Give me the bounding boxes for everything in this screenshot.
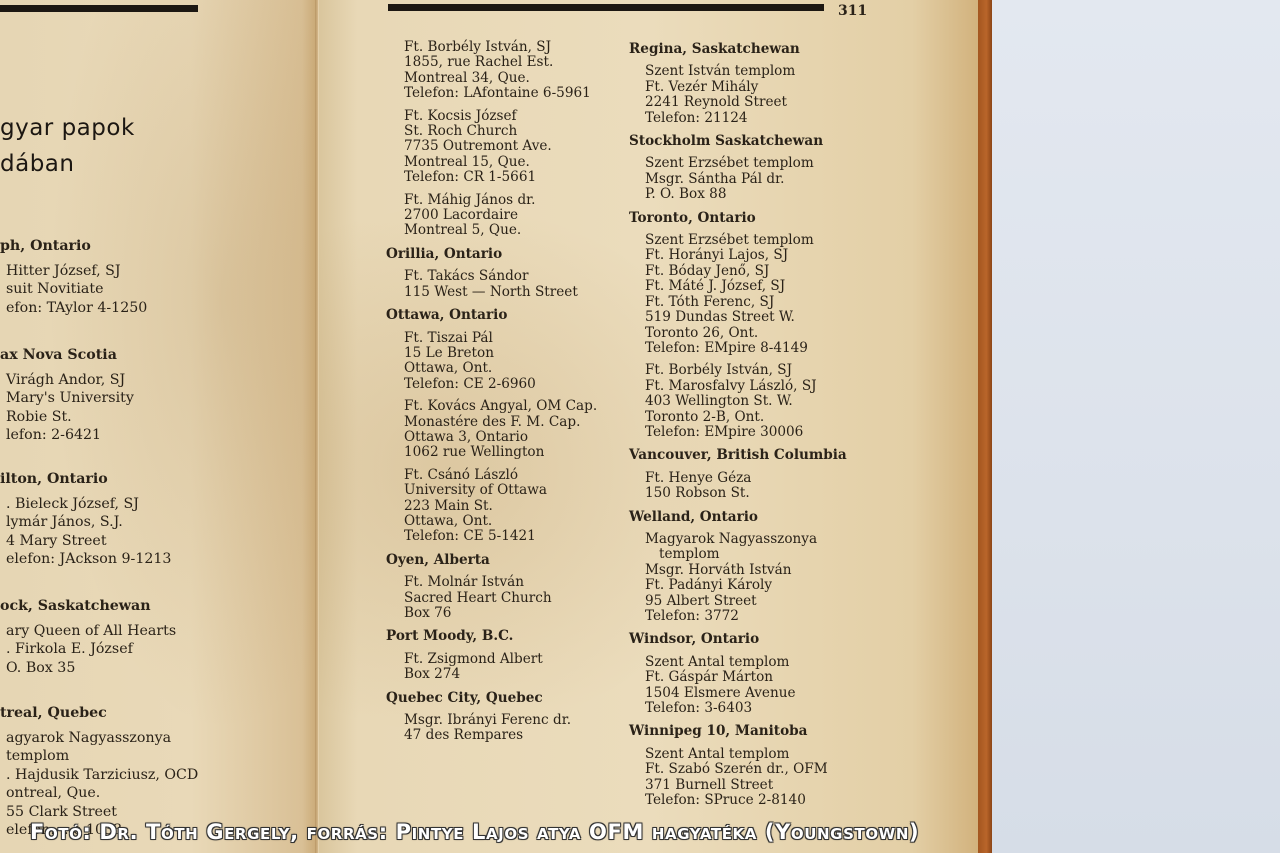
entry-line: Telefon: CE 5-1421: [404, 529, 626, 544]
entry-line: Ft. Kocsis József: [404, 109, 626, 124]
directory-entry: Ft. Zsigmond AlbertBox 274: [386, 652, 626, 683]
entry-line: 115 West — North Street: [404, 285, 626, 300]
directory-entry: Ft. Kocsis JózsefSt. Roch Church7735 Out…: [386, 109, 626, 186]
photo-credit-caption: Fotó: Dr. Tóth Gergely, forrás: Pintye L…: [30, 820, 919, 844]
listing-line: lymár János, S.J.: [0, 513, 171, 532]
entry-line: Szent Erzsébet templom: [645, 156, 869, 171]
listing-line: 4 Mary Street: [0, 532, 171, 551]
page-number: 311: [838, 3, 867, 19]
directory-entry: Ft. Takács Sándor115 West — North Street: [386, 269, 626, 300]
city-heading: Windsor, Ontario: [629, 632, 869, 647]
listing-line: ary Queen of All Hearts: [0, 622, 176, 641]
city-heading: Quebec City, Quebec: [386, 691, 626, 706]
listing-line: Virágh Andor, SJ: [0, 371, 134, 390]
entry-line: Ottawa, Ont.: [404, 361, 626, 376]
entry-line: Ft. Horányi Lajos, SJ: [645, 248, 869, 263]
background-surface: [992, 0, 1280, 853]
entry-line: Ft. Vezér Mihály: [645, 80, 869, 95]
entry-line: Ft. Tóth Ferenc, SJ: [645, 295, 869, 310]
entry-line: 15 Le Breton: [404, 346, 626, 361]
entry-line: Ft. Máhig János dr.: [404, 193, 626, 208]
entry-line: Ft. Bóday Jenő, SJ: [645, 264, 869, 279]
entry-line: Msgr. Horváth István: [645, 563, 869, 578]
entry-line: Ottawa, Ont.: [404, 514, 626, 529]
entry-line: Szent István templom: [645, 64, 869, 79]
directory-entry: Ft. Henye Géza150 Robson St.: [629, 471, 869, 502]
listing-line: . Hajdusik Tarziciusz, OCD: [0, 766, 198, 785]
left-listing-block: ax Nova ScotiaVirágh Andor, SJMary's Uni…: [0, 346, 134, 445]
listing-line: Hitter József, SJ: [0, 262, 147, 281]
entry-line: 2241 Reynold Street: [645, 95, 869, 110]
entry-line: St. Roch Church: [404, 124, 626, 139]
listing-line: . Firkola E. József: [0, 640, 176, 659]
left-listing-block: ock, Saskatchewanary Queen of All Hearts…: [0, 597, 176, 677]
listing-line: 55 Clark Street: [0, 803, 198, 822]
header-rule-right: [388, 4, 824, 11]
listing-line: O. Box 35: [0, 659, 176, 678]
entry-line: Montreal 34, Que.: [404, 71, 626, 86]
directory-entry: Msgr. Ibrányi Ferenc dr.47 des Rempares: [386, 713, 626, 744]
entry-line: templom: [645, 547, 869, 562]
city-heading: Orillia, Ontario: [386, 247, 626, 262]
entry-line: P. O. Box 88: [645, 187, 869, 202]
entry-line: 403 Wellington St. W.: [645, 394, 869, 409]
entry-line: Ft. Henye Géza: [645, 471, 869, 486]
entry-line: Ft. Marosfalvy László, SJ: [645, 379, 869, 394]
entry-line: Telefon: 21124: [645, 111, 869, 126]
entry-line: 95 Albert Street: [645, 594, 869, 609]
entry-line: Szent Antal templom: [645, 747, 869, 762]
entry-line: 371 Burnell Street: [645, 778, 869, 793]
entry-line: Box 274: [404, 667, 626, 682]
entry-line: Ottawa 3, Ontario: [404, 430, 626, 445]
entry-line: 223 Main St.: [404, 499, 626, 514]
city-heading: ax Nova Scotia: [0, 346, 134, 365]
city-heading: ph, Ontario: [0, 237, 147, 256]
entry-line: 2700 Lacordaire: [404, 208, 626, 223]
listing-line: ontreal, Que.: [0, 784, 198, 803]
entry-line: Telefon: SPruce 2-8140: [645, 793, 869, 808]
entry-line: Monastére des F. M. Cap.: [404, 415, 626, 430]
directory-entry: Szent Erzsébet templomFt. Horányi Lajos,…: [629, 233, 869, 356]
entry-line: 519 Dundas Street W.: [645, 310, 869, 325]
listing-line: elefon: JAckson 9-1213: [0, 550, 171, 569]
entry-line: Telefon: EMpire 30006: [645, 425, 869, 440]
entry-line: Telefon: EMpire 8-4149: [645, 341, 869, 356]
city-heading: Stockholm Saskatchewan: [629, 134, 869, 149]
listing-line: Mary's University: [0, 389, 134, 408]
entry-line: Ft. Kovács Angyal, OM Cap.: [404, 399, 626, 414]
city-heading: Ottawa, Ontario: [386, 308, 626, 323]
city-heading: Regina, Saskatchewan: [629, 42, 869, 57]
listing-line: . Bieleck József, SJ: [0, 495, 171, 514]
entry-line: 47 des Rempares: [404, 728, 626, 743]
entry-line: Ft. Zsigmond Albert: [404, 652, 626, 667]
directory-entry: Ft. Kovács Angyal, OM Cap.Monastére des …: [386, 399, 626, 461]
entry-line: Telefon: CE 2-6960: [404, 377, 626, 392]
listing-line: lefon: 2-6421: [0, 426, 134, 445]
entry-line: Telefon: 3772: [645, 609, 869, 624]
entry-line: Szent Erzsébet templom: [645, 233, 869, 248]
city-heading: ock, Saskatchewan: [0, 597, 176, 616]
directory-entry: Szent Antal templomFt. Gáspár Márton1504…: [629, 655, 869, 717]
city-heading: treal, Quebec: [0, 704, 198, 723]
city-heading: Winnipeg 10, Manitoba: [629, 724, 869, 739]
entry-line: 1062 rue Wellington: [404, 445, 626, 460]
entry-line: Telefon: LAfontaine 6-5961: [404, 86, 626, 101]
book-page-edge: [978, 0, 992, 853]
entry-line: Ft. Tiszai Pál: [404, 331, 626, 346]
left-listing-block: ph, OntarioHitter József, SJsuit Novitia…: [0, 237, 147, 317]
entry-line: Ft. Borbély István, SJ: [645, 363, 869, 378]
directory-entry: Ft. Borbély István, SJ1855, rue Rachel E…: [386, 40, 626, 102]
left-page-title-line-2: dában: [0, 151, 74, 177]
entry-line: Telefon: 3-6403: [645, 701, 869, 716]
entry-line: Msgr. Ibrányi Ferenc dr.: [404, 713, 626, 728]
city-heading: Toronto, Ontario: [629, 211, 869, 226]
directory-entry: Ft. Tiszai Pál15 Le BretonOttawa, Ont.Te…: [386, 331, 626, 393]
entry-line: Telefon: CR 1-5661: [404, 170, 626, 185]
directory-entry: Ft. Máhig János dr.2700 LacordaireMontre…: [386, 193, 626, 239]
entry-line: 150 Robson St.: [645, 486, 869, 501]
book-gutter: [315, 0, 319, 853]
entry-line: Ft. Borbély István, SJ: [404, 40, 626, 55]
directory-entry: Szent Erzsébet templomMsgr. Sántha Pál d…: [629, 156, 869, 202]
directory-entry: Ft. Csánó LászlóUniversity of Ottawa223 …: [386, 468, 626, 545]
entry-line: Montreal 15, Que.: [404, 155, 626, 170]
city-heading: ilton, Ontario: [0, 470, 171, 489]
entry-line: Sacred Heart Church: [404, 591, 626, 606]
entry-line: Toronto 2-B, Ont.: [645, 410, 869, 425]
entry-line: 1504 Elsmere Avenue: [645, 686, 869, 701]
entry-line: 1855, rue Rachel Est.: [404, 55, 626, 70]
directory-entry: Szent István templomFt. Vezér Mihály2241…: [629, 64, 869, 126]
entry-line: Box 76: [404, 606, 626, 621]
directory-entry: Szent Antal templomFt. Szabó Szerén dr.,…: [629, 747, 869, 809]
entry-line: University of Ottawa: [404, 483, 626, 498]
listing-line: suit Novitiate: [0, 280, 147, 299]
directory-entry: Ft. Molnár IstvánSacred Heart ChurchBox …: [386, 575, 626, 621]
listing-line: Robie St.: [0, 408, 134, 427]
entry-line: Ft. Máté J. József, SJ: [645, 279, 869, 294]
listing-line: efon: TAylor 4-1250: [0, 299, 147, 318]
entry-line: Ft. Padányi Károly: [645, 578, 869, 593]
entry-line: Ft. Csánó László: [404, 468, 626, 483]
directory-entry: Magyarok Nagyasszonya templomMsgr. Horvá…: [629, 532, 869, 624]
entry-line: Szent Antal templom: [645, 655, 869, 670]
entry-line: Magyarok Nagyasszonya: [645, 532, 869, 547]
entry-line: Montreal 5, Que.: [404, 223, 626, 238]
entry-line: Ft. Gáspár Márton: [645, 670, 869, 685]
entry-line: Ft. Szabó Szerén dr., OFM: [645, 762, 869, 777]
entry-line: Ft. Molnár István: [404, 575, 626, 590]
right-page-column-1: Ft. Borbély István, SJ1855, rue Rachel E…: [386, 40, 626, 744]
entry-line: 7735 Outremont Ave.: [404, 139, 626, 154]
header-rule-left: [0, 5, 198, 12]
right-page-column-2: Regina, SaskatchewanSzent István templom…: [629, 42, 869, 808]
city-heading: Vancouver, British Columbia: [629, 448, 869, 463]
entry-line: Toronto 26, Ont.: [645, 326, 869, 341]
entry-line: Ft. Takács Sándor: [404, 269, 626, 284]
directory-entry: Ft. Borbély István, SJFt. Marosfalvy Lás…: [629, 363, 869, 440]
entry-line: Msgr. Sántha Pál dr.: [645, 172, 869, 187]
listing-line: agyarok Nagyasszonya: [0, 729, 198, 748]
city-heading: Welland, Ontario: [629, 510, 869, 525]
city-heading: Oyen, Alberta: [386, 553, 626, 568]
city-heading: Port Moody, B.C.: [386, 629, 626, 644]
left-listing-block: ilton, Ontario. Bieleck József, SJlymár …: [0, 470, 171, 569]
left-page-title-line-1: gyar papok: [0, 115, 135, 141]
listing-line: templom: [0, 747, 198, 766]
